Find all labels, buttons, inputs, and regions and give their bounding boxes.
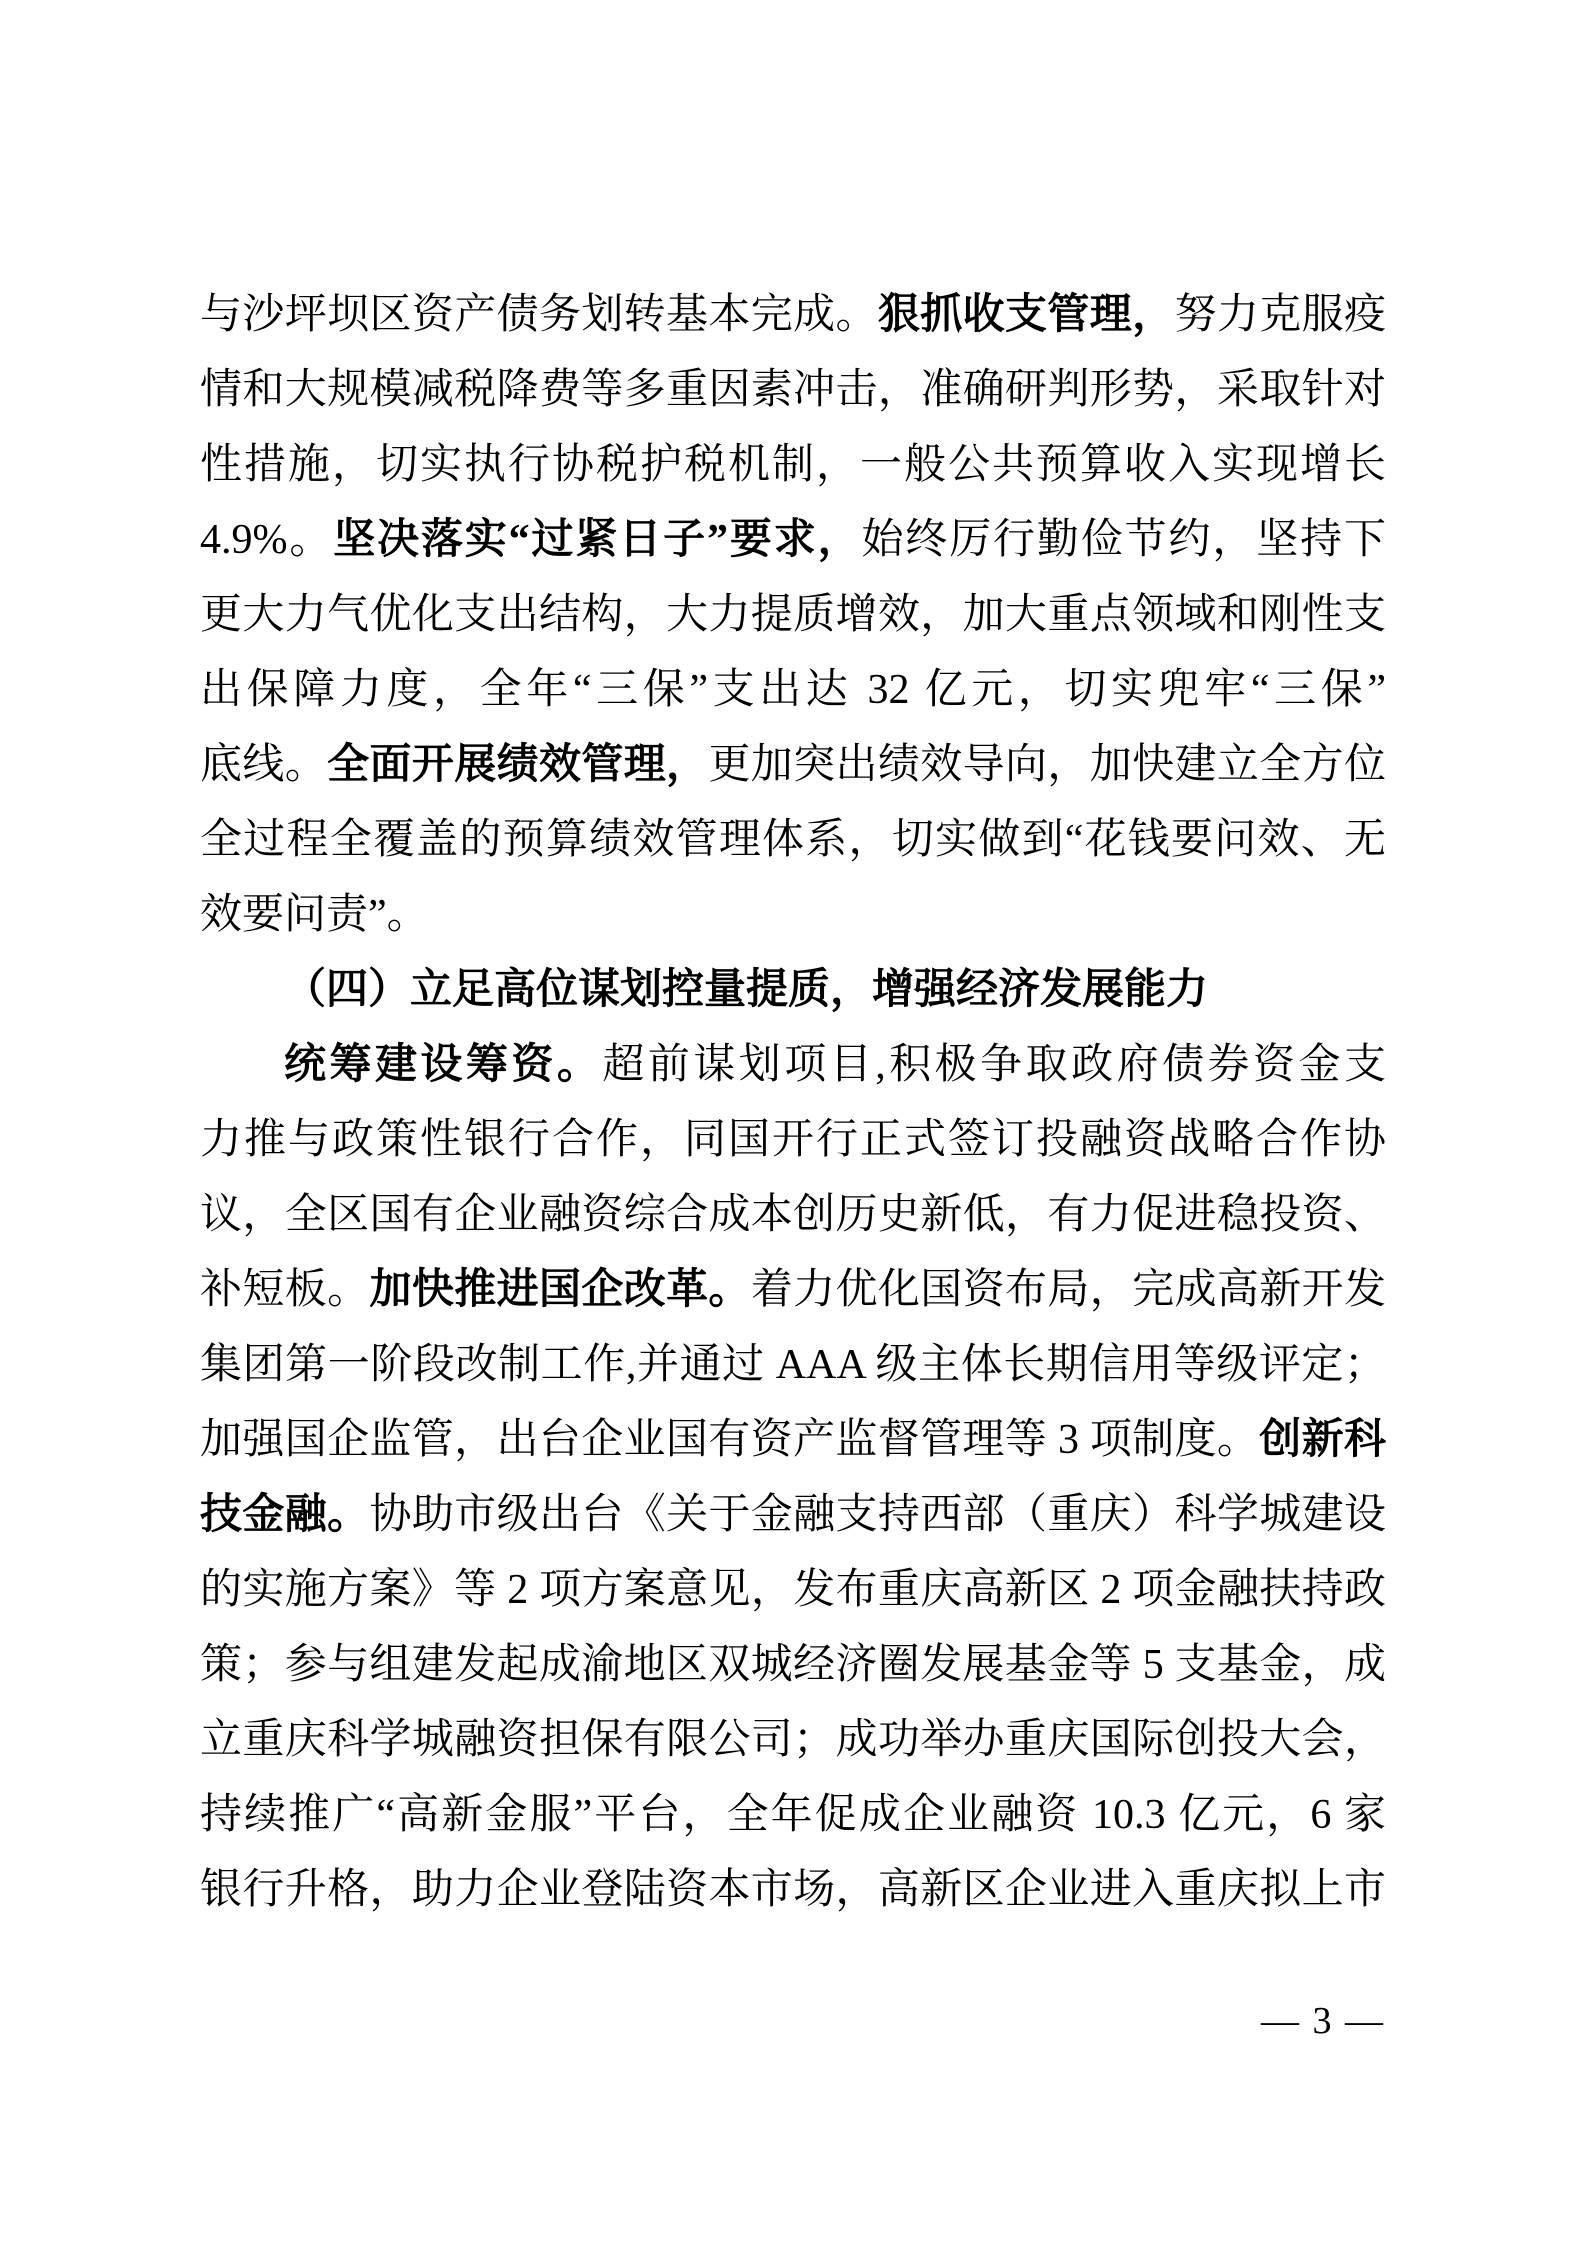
text-segment: 更大力气优化支出结构，大力提质增效，加大重点领域和刚性支 <box>200 592 1386 638</box>
text-segment: 4.9%。 <box>200 517 333 563</box>
bold-text-segment: 技金融。 <box>200 1492 369 1538</box>
bold-text-segment: 全面开展绩效管理， <box>327 742 708 788</box>
text-line: 集团第一阶段改制工作,并通过 AAA 级主体长期信用等级评定； <box>200 1328 1386 1403</box>
document-body: 与沙坪坝区资产债务划转基本完成。狠抓收支管理，努力克服疫情和大规模减税降费等多重… <box>200 278 1386 1928</box>
text-line: 4.9%。坚决落实“过紧日子”要求，始终厉行勤俭节约，坚持下 <box>200 503 1386 578</box>
text-line: 统筹建设筹资。超前谋划项目,积极争取政府债券资金支持； <box>200 1028 1386 1103</box>
text-segment: 情和大规模减税降费等多重因素冲击，准确研判形势，采取针对 <box>200 367 1386 413</box>
page-number: — 3 — <box>1261 2000 1385 2042</box>
text-segment: 努力克服疫 <box>1175 292 1386 338</box>
text-segment: 更加突出绩效导向，加快建立全方位 <box>708 742 1386 788</box>
text-line: 全过程全覆盖的预算绩效管理体系，切实做到“花钱要问效、无 <box>200 803 1386 878</box>
text-line: 效要问责”。 <box>200 878 1386 953</box>
bold-text-segment: （四）立足高位谋划控量提质，增强经济发展能力 <box>284 967 1208 1013</box>
text-line: 立重庆科学城融资担保有限公司；成功举办重庆国际创投大会， <box>200 1703 1386 1778</box>
text-segment: 着力优化国资布局，完成高新开发 <box>751 1267 1386 1313</box>
text-segment: 持续推广“高新金服”平台，全年促成企业融资 10.3 亿元，6 家 <box>200 1792 1386 1838</box>
text-segment: 集团第一阶段改制工作,并通过 AAA 级主体长期信用等级评定； <box>200 1342 1386 1388</box>
bold-text-segment: 统筹建设筹资。 <box>284 1042 602 1088</box>
text-segment: 底线。 <box>200 742 327 788</box>
text-segment: 补短板。 <box>200 1267 369 1313</box>
text-segment: 与沙坪坝区资产债务划转基本完成。 <box>200 292 878 338</box>
text-line: 力推与政策性银行合作，同国开行正式签订投融资战略合作协 <box>200 1103 1386 1178</box>
text-segment: 议，全区国有企业融资综合成本创历史新低，有力促进稳投资、 <box>200 1192 1386 1238</box>
text-segment: 立重庆科学城融资担保有限公司；成功举办重庆国际创投大会， <box>200 1717 1386 1763</box>
text-segment: 效要问责”。 <box>200 892 429 938</box>
text-segment: 性措施，切实执行协税护税机制，一般公共预算收入实现增长 <box>200 442 1386 488</box>
text-line: 出保障力度，全年“三保”支出达 32 亿元，切实兜牢“三保” <box>200 653 1386 728</box>
text-line: 银行升格，助力企业登陆资本市场，高新区企业进入重庆拟上市 <box>200 1853 1386 1928</box>
text-line: 更大力气优化支出结构，大力提质增效，加大重点领域和刚性支 <box>200 578 1386 653</box>
bold-text-segment: 坚决落实“过紧日子”要求， <box>333 517 861 563</box>
text-segment: 策；参与组建发起成渝地区双城经济圈发展基金等 5 支基金，成 <box>200 1642 1386 1688</box>
text-line: 策；参与组建发起成渝地区双城经济圈发展基金等 5 支基金，成 <box>200 1628 1386 1703</box>
section-heading: （四）立足高位谋划控量提质，增强经济发展能力 <box>200 953 1386 1028</box>
text-segment: 出保障力度，全年“三保”支出达 32 亿元，切实兜牢“三保” <box>200 667 1386 713</box>
text-segment: 加强国企监管，出台企业国有资产监督管理等 3 项制度。 <box>200 1417 1259 1463</box>
text-segment: 银行升格，助力企业登陆资本市场，高新区企业进入重庆拟上市 <box>200 1867 1386 1913</box>
text-line: 技金融。协助市级出台《关于金融支持西部（重庆）科学城建设 <box>200 1478 1386 1553</box>
text-line: 议，全区国有企业融资综合成本创历史新低，有力促进稳投资、 <box>200 1178 1386 1253</box>
text-line: 底线。全面开展绩效管理，更加突出绩效导向，加快建立全方位 <box>200 728 1386 803</box>
bold-text-segment: 创新科 <box>1259 1417 1386 1463</box>
text-line: 加强国企监管，出台企业国有资产监督管理等 3 项制度。创新科 <box>200 1403 1386 1478</box>
document-page: 与沙坪坝区资产债务划转基本完成。狠抓收支管理，努力克服疫情和大规模减税降费等多重… <box>0 0 1587 2245</box>
bold-text-segment: 狠抓收支管理， <box>878 292 1175 338</box>
text-line: 补短板。加快推进国企改革。着力优化国资布局，完成高新开发 <box>200 1253 1386 1328</box>
text-line: 性措施，切实执行协税护税机制，一般公共预算收入实现增长 <box>200 428 1386 503</box>
text-line: 的实施方案》等 2 项方案意见，发布重庆高新区 2 项金融扶持政 <box>200 1553 1386 1628</box>
text-segment: 协助市级出台《关于金融支持西部（重庆）科学城建设 <box>369 1492 1386 1538</box>
text-line: 情和大规模减税降费等多重因素冲击，准确研判形势，采取针对 <box>200 353 1386 428</box>
text-segment: 力推与政策性银行合作，同国开行正式签订投融资战略合作协 <box>200 1117 1386 1163</box>
text-line: 与沙坪坝区资产债务划转基本完成。狠抓收支管理，努力克服疫 <box>200 278 1386 353</box>
text-line: 持续推广“高新金服”平台，全年促成企业融资 10.3 亿元，6 家 <box>200 1778 1386 1853</box>
text-segment: 的实施方案》等 2 项方案意见，发布重庆高新区 2 项金融扶持政 <box>200 1567 1386 1613</box>
bold-text-segment: 加快推进国企改革。 <box>369 1267 750 1313</box>
text-segment: 始终厉行勤俭节约，坚持下 <box>861 517 1386 563</box>
text-segment: 全过程全覆盖的预算绩效管理体系，切实做到“花钱要问效、无 <box>200 817 1386 863</box>
